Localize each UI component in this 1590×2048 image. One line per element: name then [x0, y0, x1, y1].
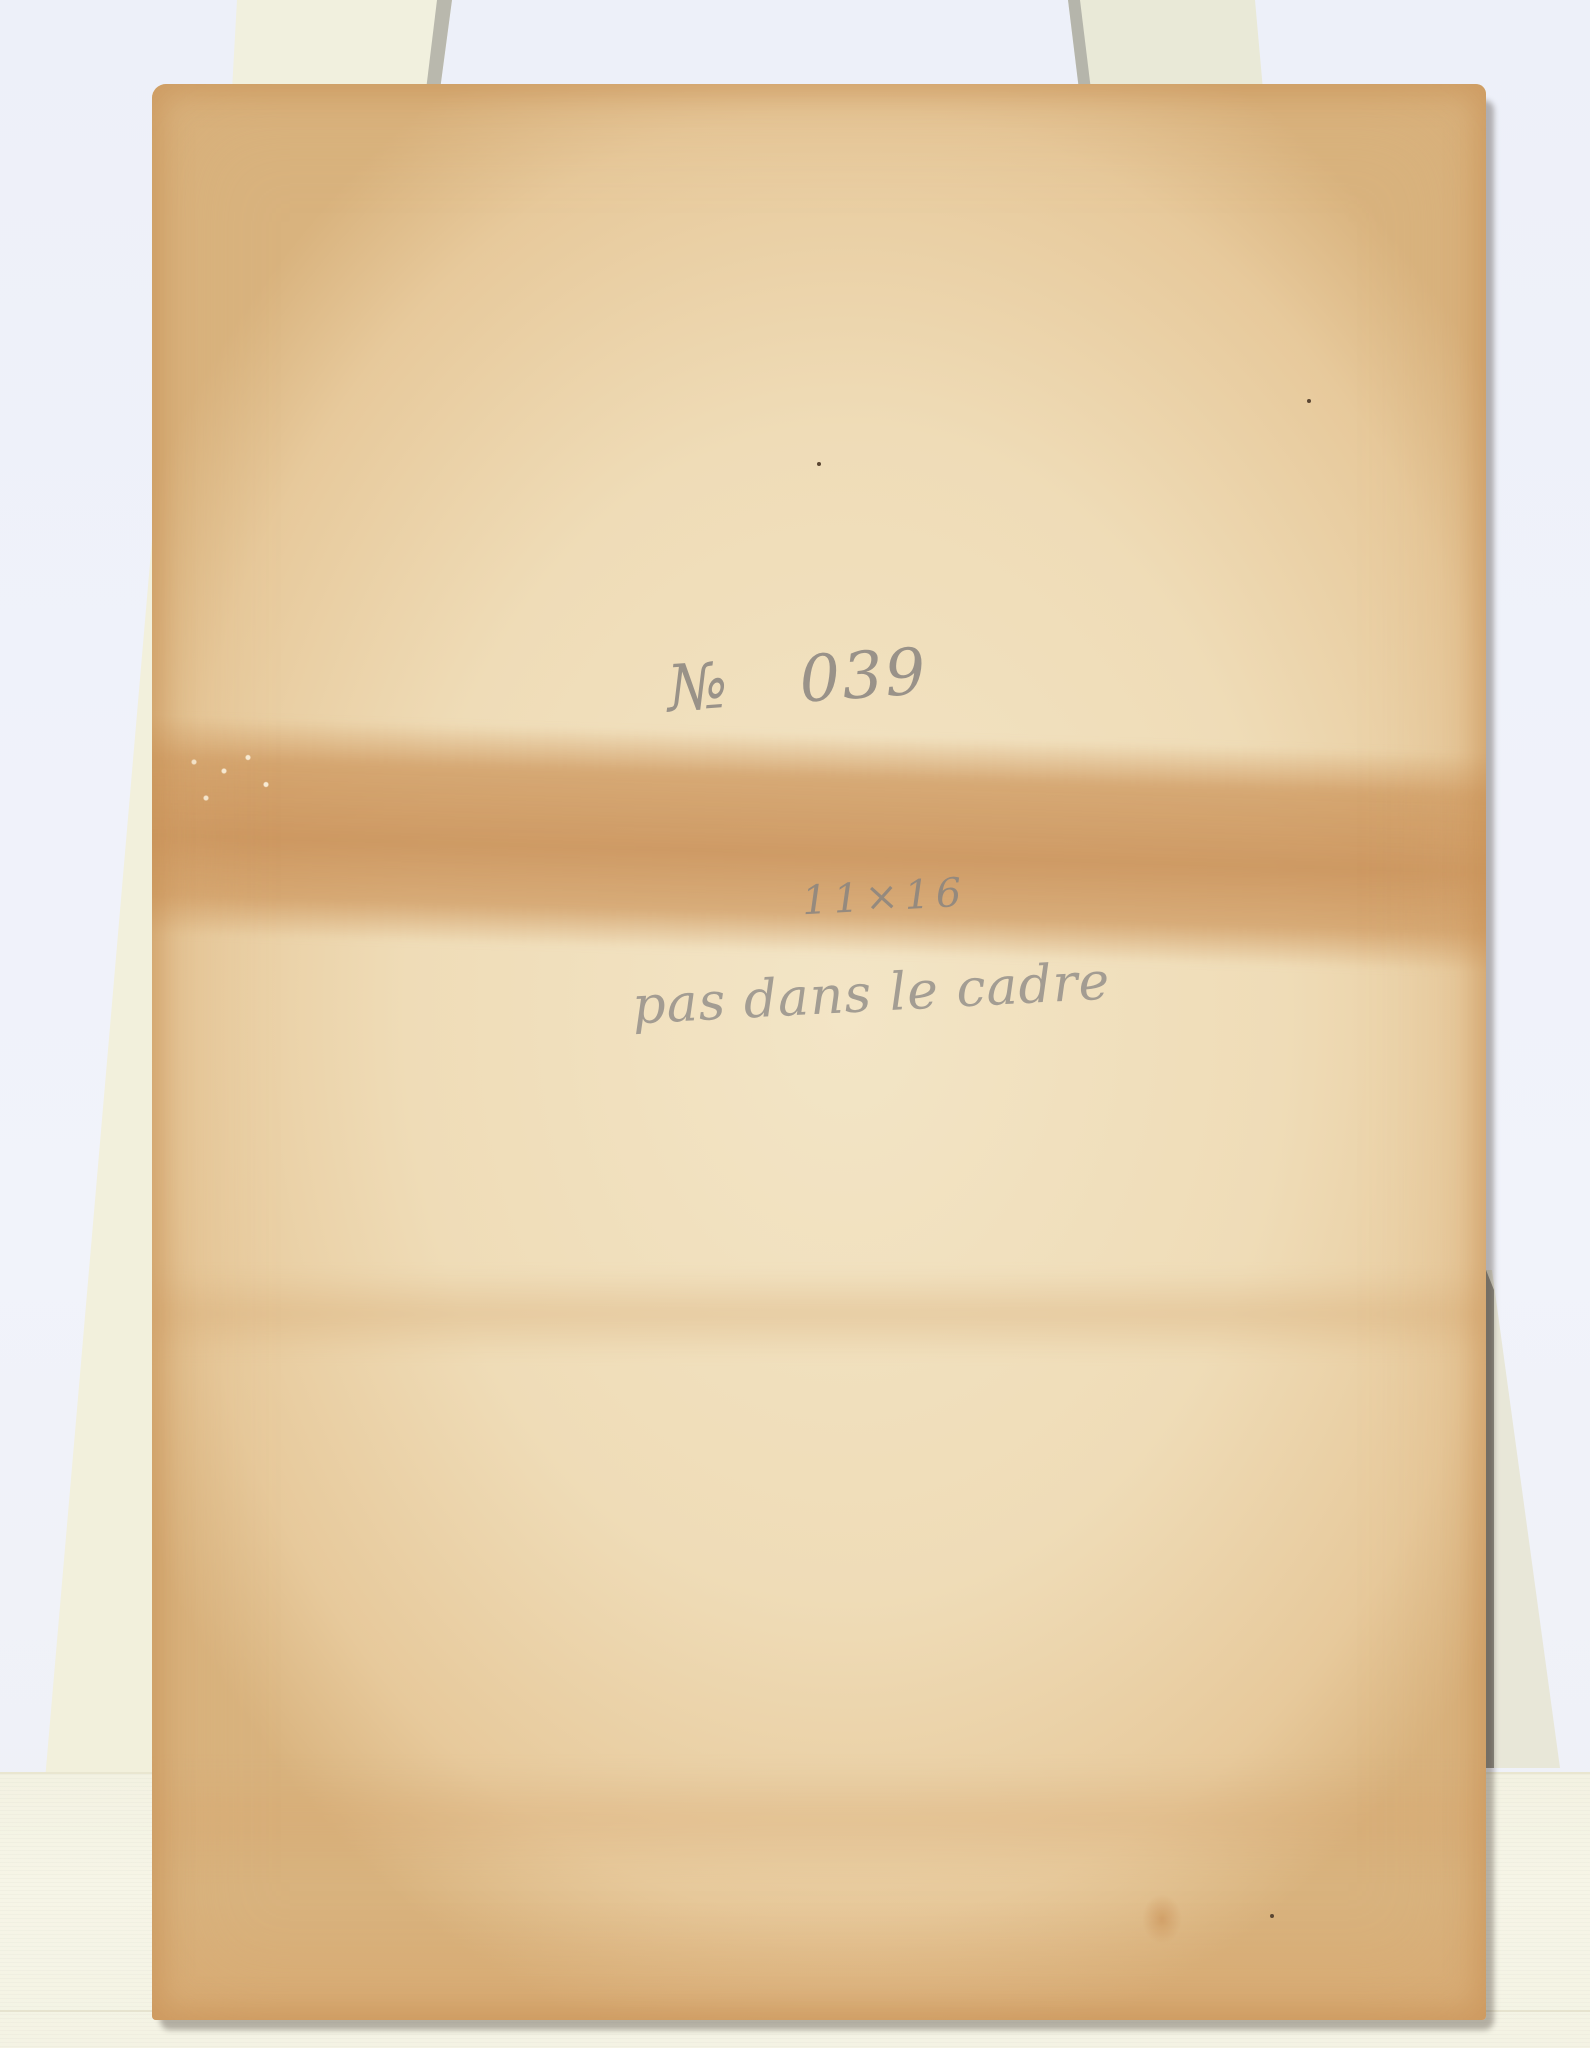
edge-toning	[152, 84, 1486, 2020]
speck	[817, 462, 821, 466]
number-prefix: №	[665, 649, 733, 727]
number-value: 039	[797, 635, 930, 718]
photo-scene: №039 11×16 pas dans le cadre	[0, 0, 1590, 2048]
easel-left-top-post	[232, 0, 452, 90]
speck	[1270, 1914, 1274, 1918]
easel-left-leg	[45, 540, 160, 1780]
paper-sheet: №039 11×16 pas dans le cadre	[152, 84, 1486, 2020]
easel-right-leg	[1486, 1270, 1560, 1768]
speck	[1307, 399, 1311, 403]
easel-right-top-post	[1068, 0, 1263, 90]
dimensions-note: 11×16	[801, 870, 968, 925]
